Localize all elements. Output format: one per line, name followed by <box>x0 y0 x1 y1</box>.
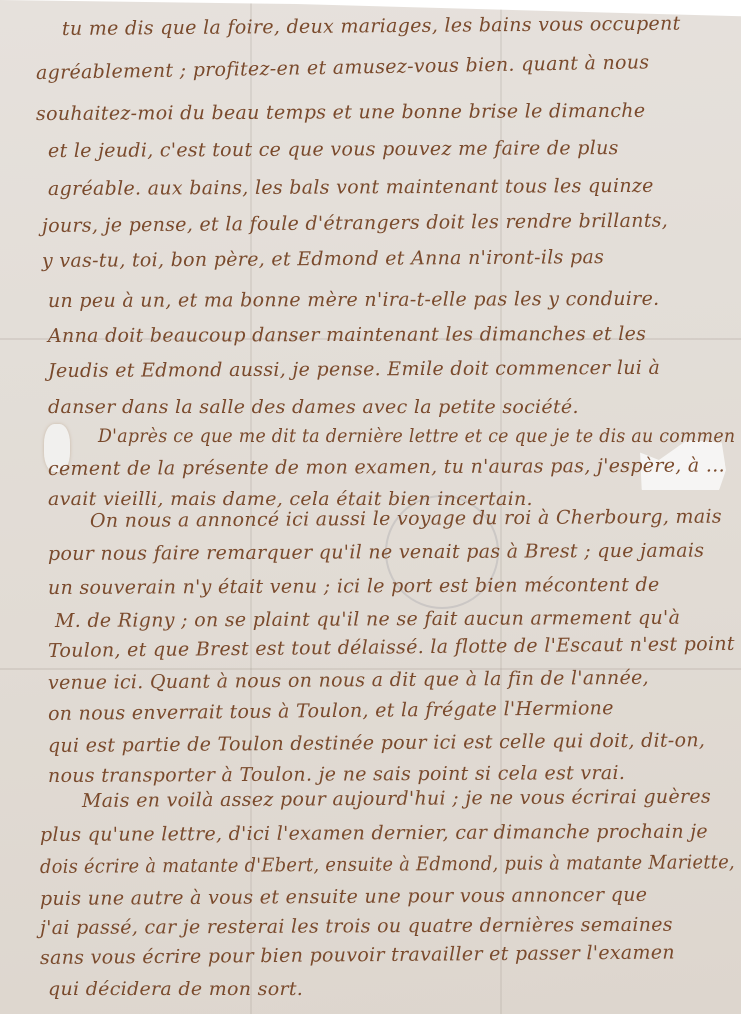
text-line: plus qu'une lettre, d'ici l'examen derni… <box>40 821 708 846</box>
text-line: pour nous faire remarquer qu'il ne venai… <box>48 540 704 565</box>
text-line: j'ai passé, car je resterai les trois ou… <box>40 914 673 939</box>
text-line: un souverain n'y était venu ; ici le por… <box>48 574 660 599</box>
text-line: jours, je pense, et la foule d'étrangers… <box>42 210 668 237</box>
text-line: Mais en voilà assez pour aujourd'hui ; j… <box>82 786 711 812</box>
text-line: Toulon, et que Brest est tout délaissé. … <box>48 633 735 662</box>
text-line: Jeudis et Edmond aussi, je pense. Emile … <box>48 357 660 382</box>
text-line: D'après ce que me dit ta dernière lettre… <box>98 425 735 447</box>
text-line: tu me dis que la foire, deux mariages, l… <box>62 13 681 40</box>
text-line: et le jeudi, c'est tout ce que vous pouv… <box>48 137 619 162</box>
text-line: qui est partie de Toulon destinée pour i… <box>48 729 705 757</box>
text-line: on nous enverrait tous à Toulon, et la f… <box>48 697 614 725</box>
text-line: agréable. aux bains, les bals vont maint… <box>48 175 654 200</box>
text-line: venue ici. Quant à nous on nous a dit qu… <box>48 667 649 694</box>
text-line: puis une autre à vous et ensuite une pou… <box>40 884 647 910</box>
letter-page: tu me dis que la foire, deux mariages, l… <box>0 0 741 1014</box>
text-line: nous transporter à Toulon. je ne sais po… <box>48 762 625 787</box>
text-line: y vas-tu, toi, bon père, et Edmond et An… <box>42 246 604 272</box>
text-line: cement de la présente de mon examen, tu … <box>48 454 725 480</box>
text-line: un peu à un, et ma bonne mère n'ira-t-el… <box>48 288 660 312</box>
text-line: souhaitez-moi du beau temps et une bonne… <box>36 100 645 125</box>
text-line: qui décidera de mon sort. <box>48 978 303 1000</box>
text-line: dois écrire à matante d'Ebert, ensuite à… <box>40 851 735 878</box>
text-line: danser dans la salle des dames avec la p… <box>48 396 579 418</box>
text-line: agréablement ; profitez-en et amusez-vou… <box>36 51 650 84</box>
text-line: M. de Rigny ; on se plaint qu'il ne se f… <box>55 607 680 632</box>
text-line: sans vous écrire pour bien pouvoir trava… <box>40 941 675 969</box>
text-line: On nous a annoncé ici aussi le voyage du… <box>90 506 722 532</box>
text-line: Anna doit beaucoup danser maintenant les… <box>48 323 646 347</box>
